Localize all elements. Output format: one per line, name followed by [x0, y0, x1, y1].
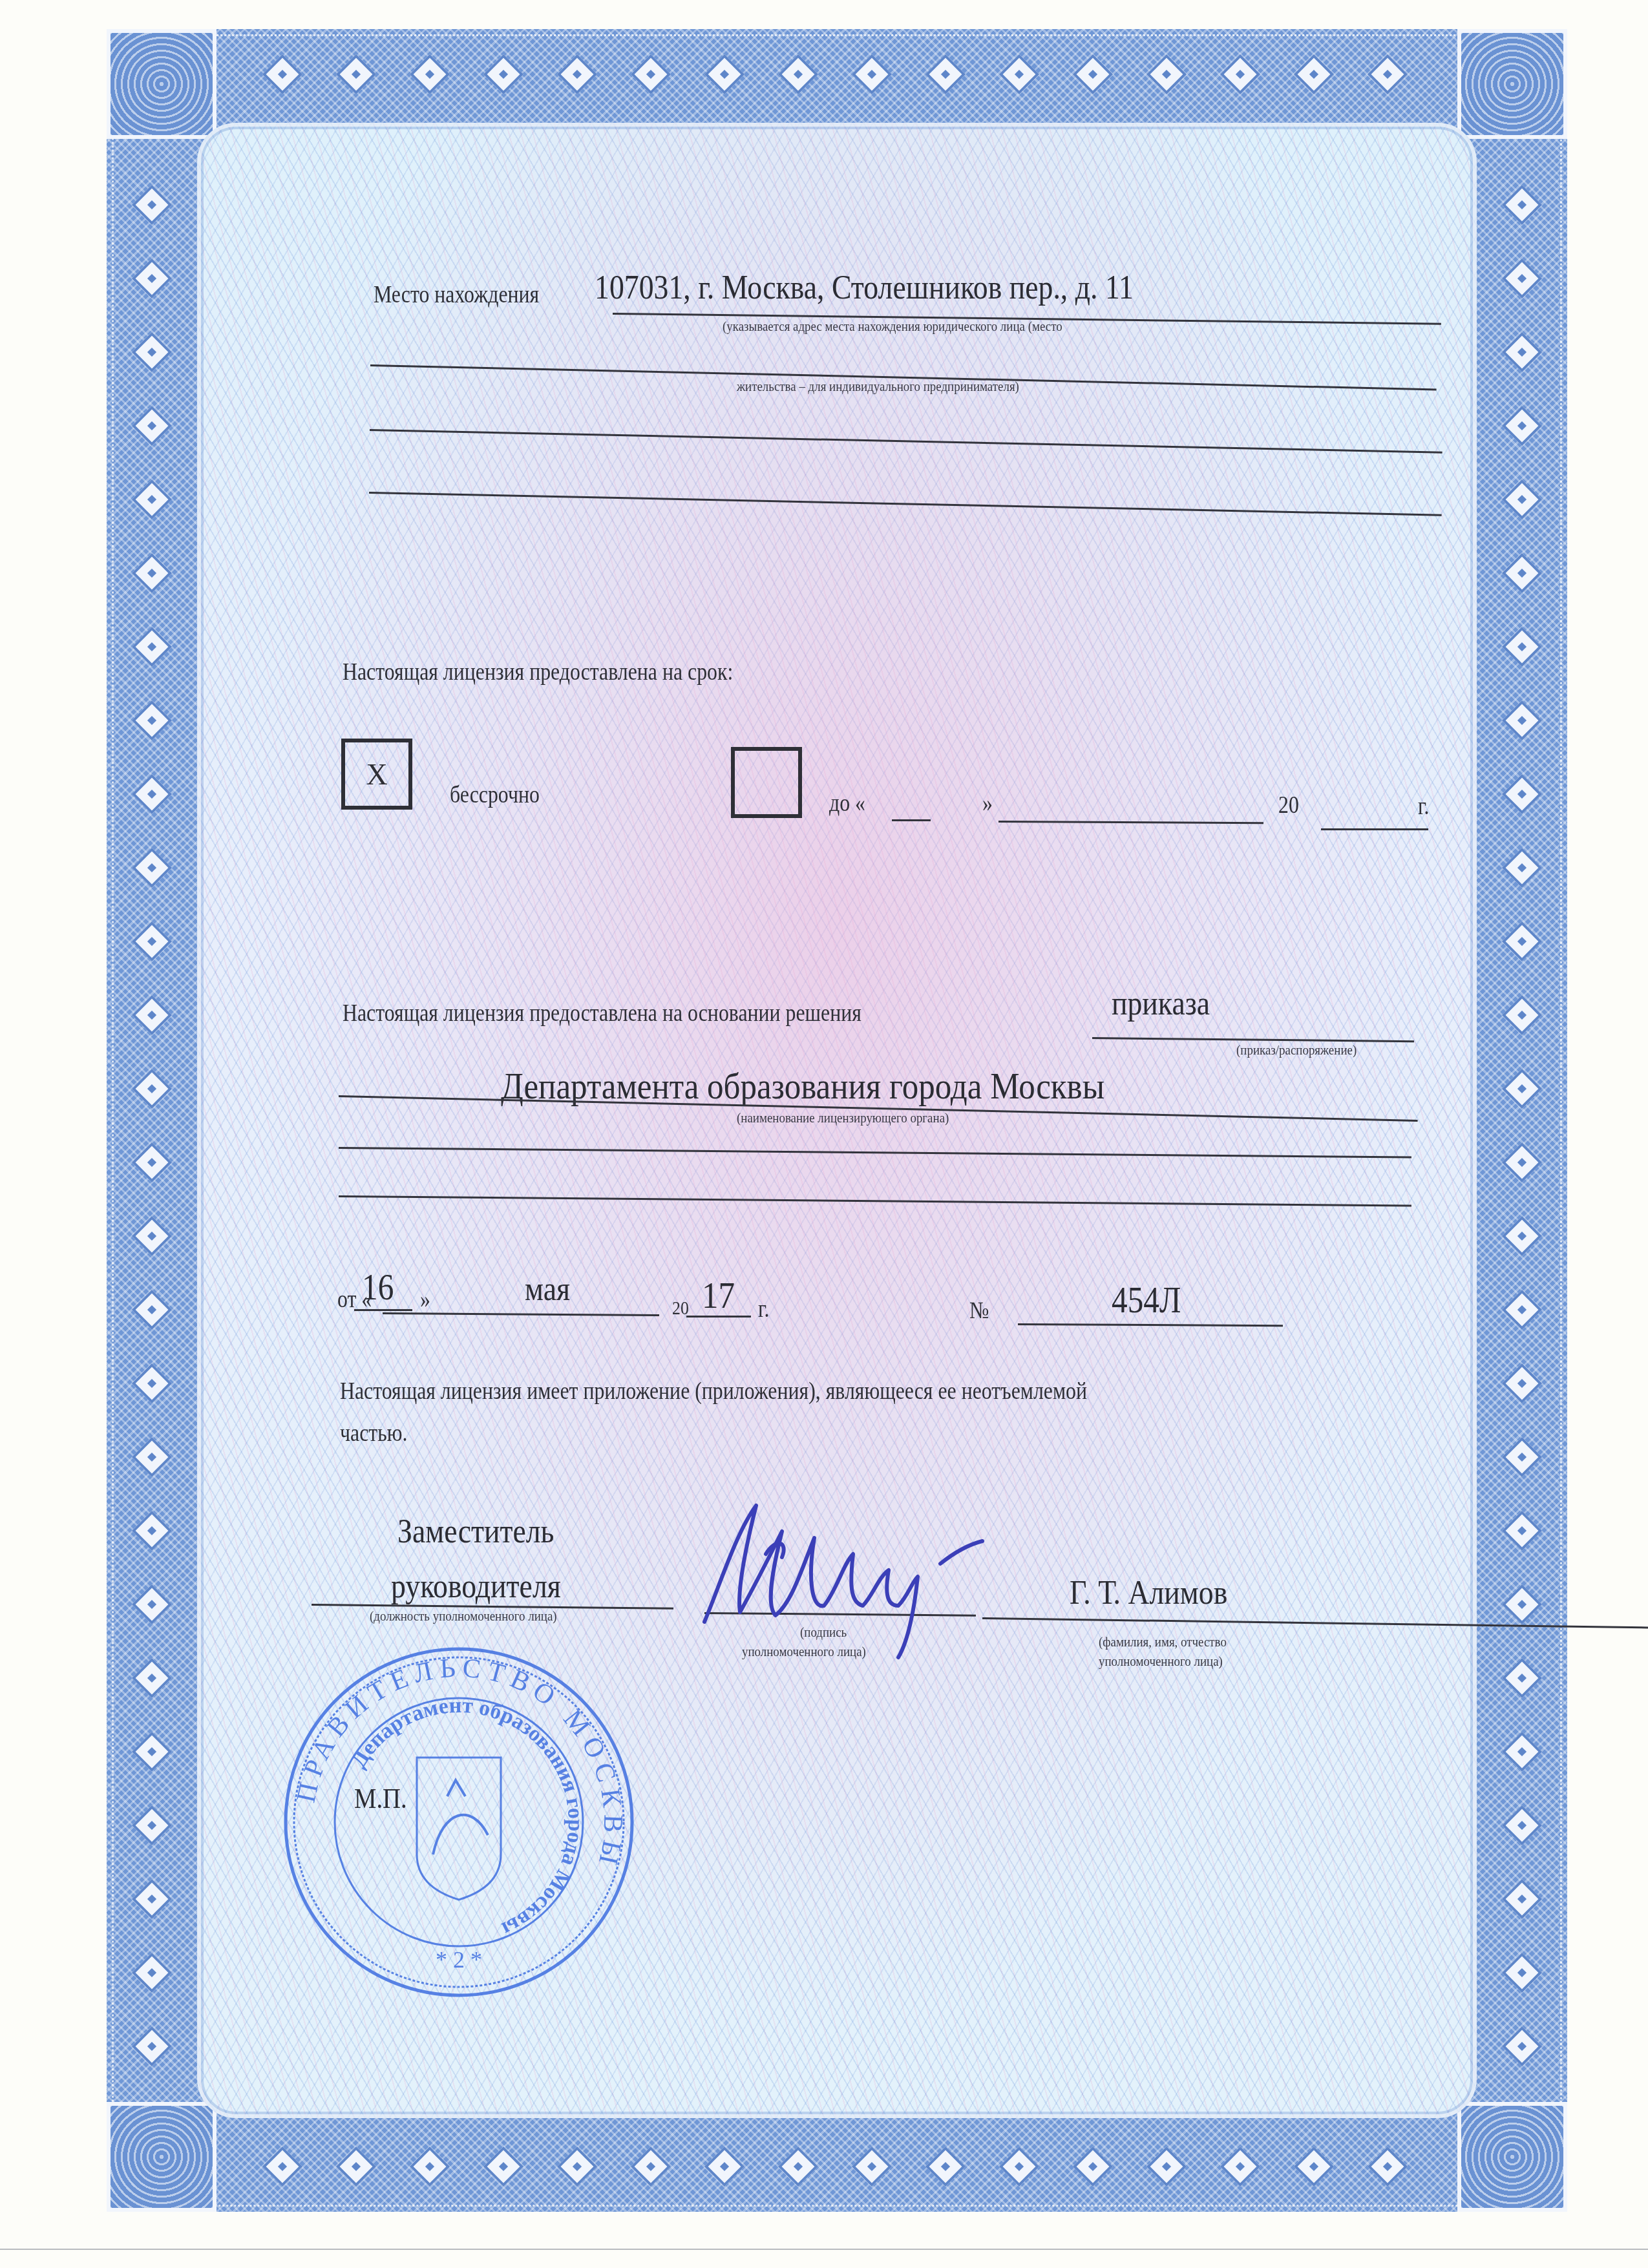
position-hint: (должность уполномоченного лица): [370, 1609, 557, 1623]
signatory-position-1: Заместитель: [397, 1515, 554, 1549]
date-day-underline: [354, 1309, 412, 1311]
signatory-name: Г. Т. Алимов: [1070, 1577, 1227, 1610]
date-year-label: г.: [758, 1297, 769, 1321]
name-hint-2: уполномоченного лица): [1099, 1654, 1223, 1668]
license-page: Место нахождения 107031, г. Москва, Стол…: [0, 0, 1648, 2268]
date-year: 17: [702, 1277, 735, 1314]
date-quote-close: »: [420, 1288, 430, 1312]
basis-hint: (приказ/распоряжение): [1236, 1043, 1357, 1057]
location-hint-2: жительства – для индивидуального предпри…: [737, 379, 1019, 394]
until-year-prefix: 20: [1278, 793, 1299, 817]
seal-bottom-text: * 2 *: [436, 1947, 482, 1973]
location-hint-1: (указывается адрес места нахождения юрид…: [723, 319, 1062, 333]
svg-text:Департамент образования города: Департамент образования города Москвы: [346, 1694, 587, 1941]
appendix-text-2: частью.: [340, 1422, 407, 1445]
until-quote-close: »: [982, 792, 993, 815]
until-year-line: [1321, 828, 1428, 830]
signatory-position-2: руководителя: [391, 1570, 561, 1604]
appendix-text-1: Настоящая лицензия имеет приложение (при…: [340, 1380, 1087, 1403]
authority-hint: (наименование лицензирующего органа): [737, 1111, 949, 1125]
authority-value: Департамента образования города Москвы: [501, 1067, 1104, 1105]
basis-value: приказа: [1112, 987, 1210, 1021]
seal-place-label: М.П.: [354, 1785, 407, 1813]
number-sign: №: [969, 1299, 989, 1323]
name-hint-1: (фамилия, имя, отчество: [1099, 1635, 1227, 1649]
license-number: 454Л: [1112, 1283, 1181, 1319]
authority-line-3: [339, 1195, 1411, 1206]
date-month: мая: [525, 1273, 570, 1307]
until-day-line: [892, 819, 931, 821]
name-underline: [982, 1617, 1648, 1629]
location-line-4: [369, 492, 1442, 516]
date-month-underline: [383, 1312, 659, 1316]
location-value: 107031, г. Москва, Столешников пер., д. …: [595, 271, 1134, 305]
location-line-3: [370, 429, 1442, 454]
page-edge-rule: [0, 2249, 1648, 2250]
authority-line-2: [339, 1147, 1411, 1158]
basis-label: Настоящая лицензия предоставлена на осно…: [343, 1002, 861, 1025]
until-month-line: [998, 821, 1263, 824]
unlimited-label: бессрочно: [450, 783, 540, 807]
until-year-suffix: г.: [1418, 795, 1429, 819]
seal-inner-text: Департамент образования города Москвы: [346, 1694, 587, 1941]
checkbox-mark: X: [366, 757, 387, 792]
until-date-checkbox[interactable]: [731, 747, 802, 818]
until-prefix: до «: [829, 792, 865, 815]
location-label: Место нахождения: [374, 283, 539, 307]
unlimited-checkbox[interactable]: X: [341, 739, 412, 810]
term-label: Настоящая лицензия предоставлена на срок…: [343, 660, 733, 684]
official-seal: ПРАВИТЕЛЬСТВО МОСКВЫ Департамент образов…: [278, 1641, 640, 2003]
license-number-underline: [1018, 1323, 1283, 1327]
date-year-underline: [686, 1316, 751, 1318]
date-day: 16: [362, 1270, 394, 1306]
handwritten-signature: [685, 1493, 1047, 1661]
